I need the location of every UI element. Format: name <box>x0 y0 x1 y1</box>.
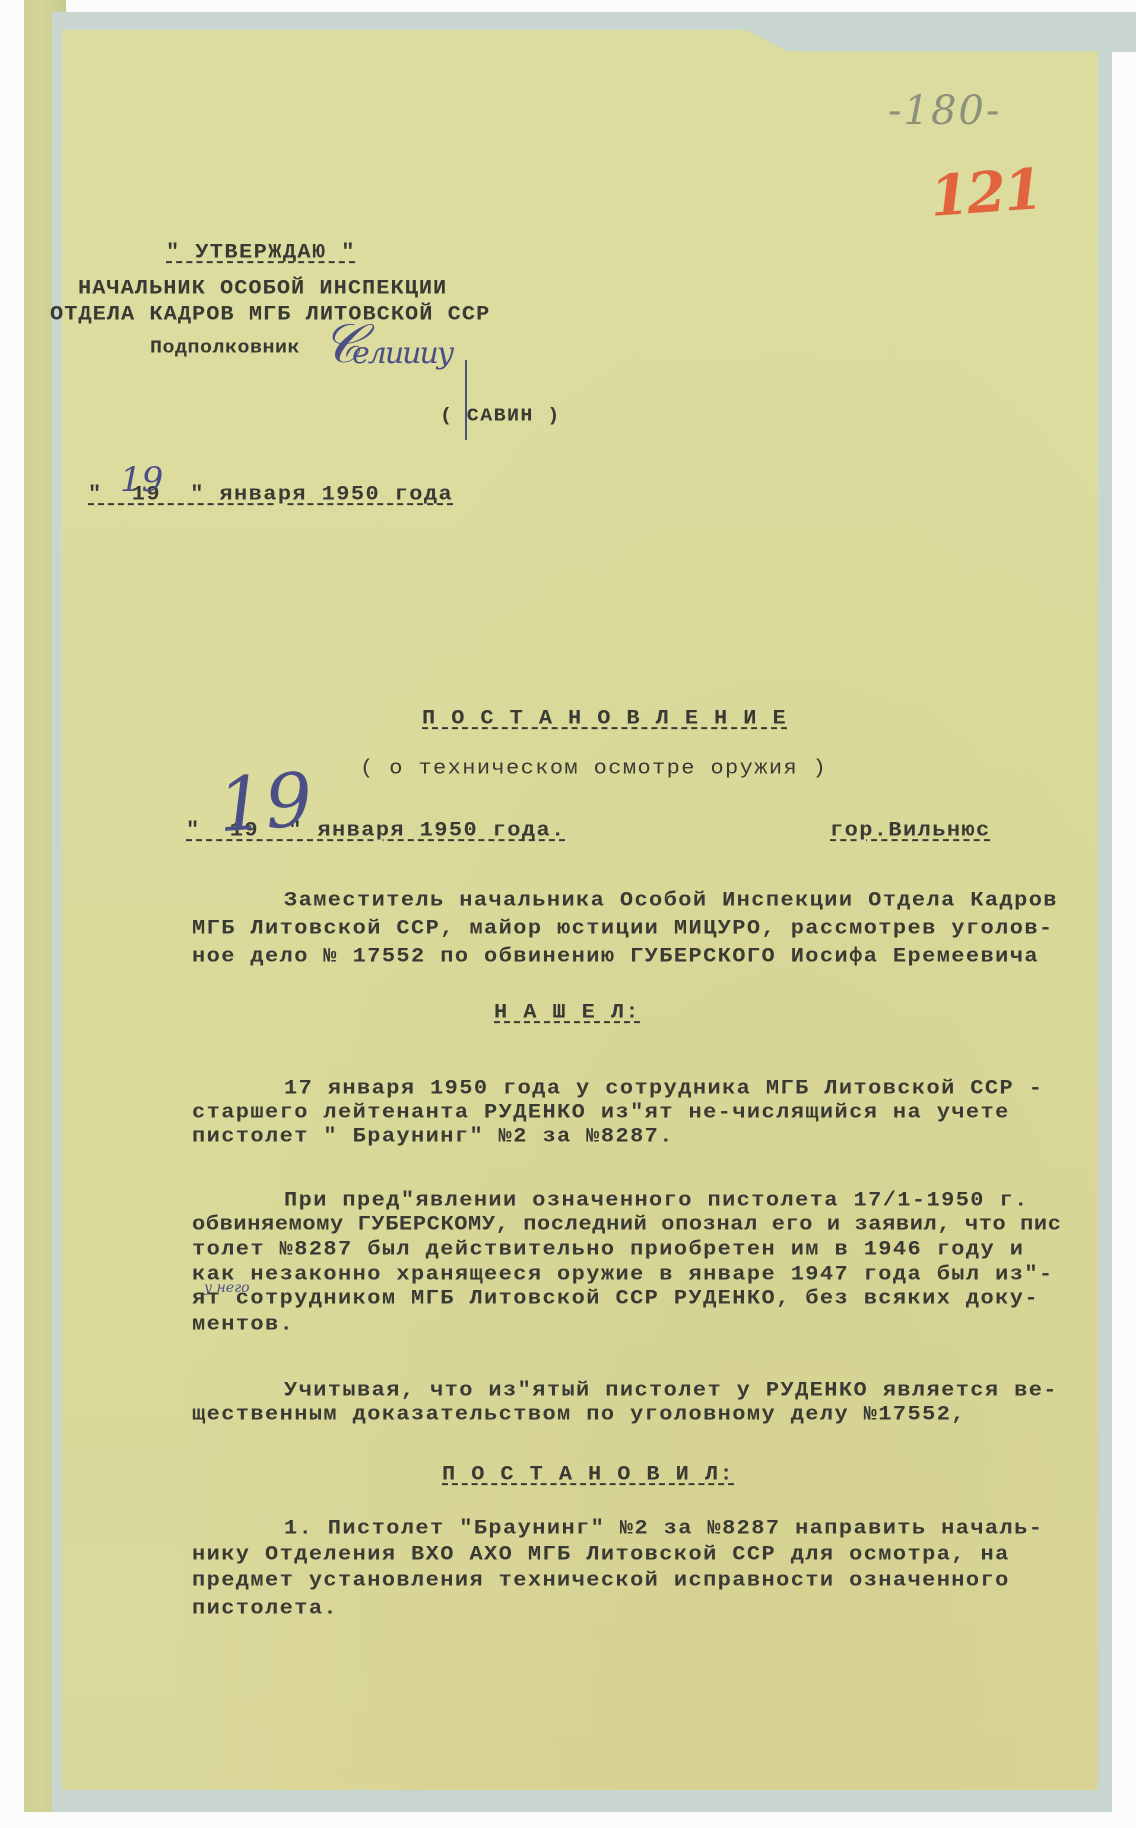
found-3-line-1: Учитывая, что из"ятый пистолет у РУДЕНКО… <box>284 1380 1058 1402</box>
decision-1-line-2: нику Отделения ВХО АХО МГБ Литовской ССР… <box>192 1544 1010 1566</box>
approval-date-handwritten-day: 19 <box>120 460 163 500</box>
found-1-line-2: старшего лейтенанта РУДЕНКО из"ят не-чис… <box>192 1102 1010 1124</box>
found-2-line-3: толет №8287 был действительно приобретен… <box>192 1239 1024 1261</box>
document-subtitle: ( о техническом осмотре оружия ) <box>360 758 827 780</box>
decision-1-line-3: предмет установления технической исправн… <box>192 1570 1010 1592</box>
document-city: гор.Вильнюс <box>830 820 991 842</box>
document-title: П О С Т А Н О В Л Е Н И Е <box>422 708 787 730</box>
approval-position-line1: НАЧАЛЬНИК ОСОБОЙ ИНСПЕКЦИИ <box>78 278 447 300</box>
intro-line-2: МГБ Литовской ССР, майор юстиции МИЦУРО,… <box>192 918 1054 940</box>
approval-signatory-name: ( САВИН ) <box>440 406 561 428</box>
decided-heading: П О С Т А Н О В И Л: <box>442 1464 734 1486</box>
approval-rank: Подполковник <box>150 338 300 360</box>
found-heading: Н А Ш Е Л: <box>494 1002 640 1024</box>
found-3-line-2: щественным доказательством по уголовному… <box>192 1404 966 1426</box>
found-1-line-3: пистолет " Браунинг" №2 за №8287. <box>192 1126 674 1148</box>
found-2-line-5: ят сотрудником МГБ Литовской ССР РУДЕНКО… <box>192 1288 1039 1310</box>
approval-stamp-heading: " УТВЕРЖДАЮ " <box>166 242 356 264</box>
document-date-handwritten-day: 19 <box>215 757 315 849</box>
found-1-line-1: 17 января 1950 года у сотрудника МГБ Лит… <box>284 1078 1043 1100</box>
scan-mount-corner <box>900 12 1136 52</box>
signature-scribble: eлиииу <box>352 336 452 371</box>
decision-1-line-1: 1. Пистолет "Браунинг" №2 за №8287 напра… <box>284 1518 1043 1540</box>
decision-1-line-4: пистолета. <box>192 1598 338 1620</box>
found-2-line-2: обвиняемому ГУБЕРСКОМУ, последний опозна… <box>192 1214 1062 1236</box>
archive-page-number-red: 121 <box>928 156 1043 230</box>
approval-position-line2: ОТДЕЛА КАДРОВ МГБ ЛИТОВСКОЙ ССР <box>50 304 490 326</box>
found-2-line-6: ментов. <box>192 1314 294 1336</box>
found-2-line-4: как незаконно хранящееся оружие в январе… <box>192 1264 1054 1286</box>
found-2-line-1: При пред"явлении означенного пистолета 1… <box>284 1190 1029 1212</box>
archive-page-number-pencil: -180- <box>888 88 1001 134</box>
intro-line-1: Заместитель начальника Особой Инспекции … <box>284 890 1058 912</box>
intro-line-3: ное дело № 17552 по обвинению ГУБЕРСКОГО… <box>192 946 1039 968</box>
